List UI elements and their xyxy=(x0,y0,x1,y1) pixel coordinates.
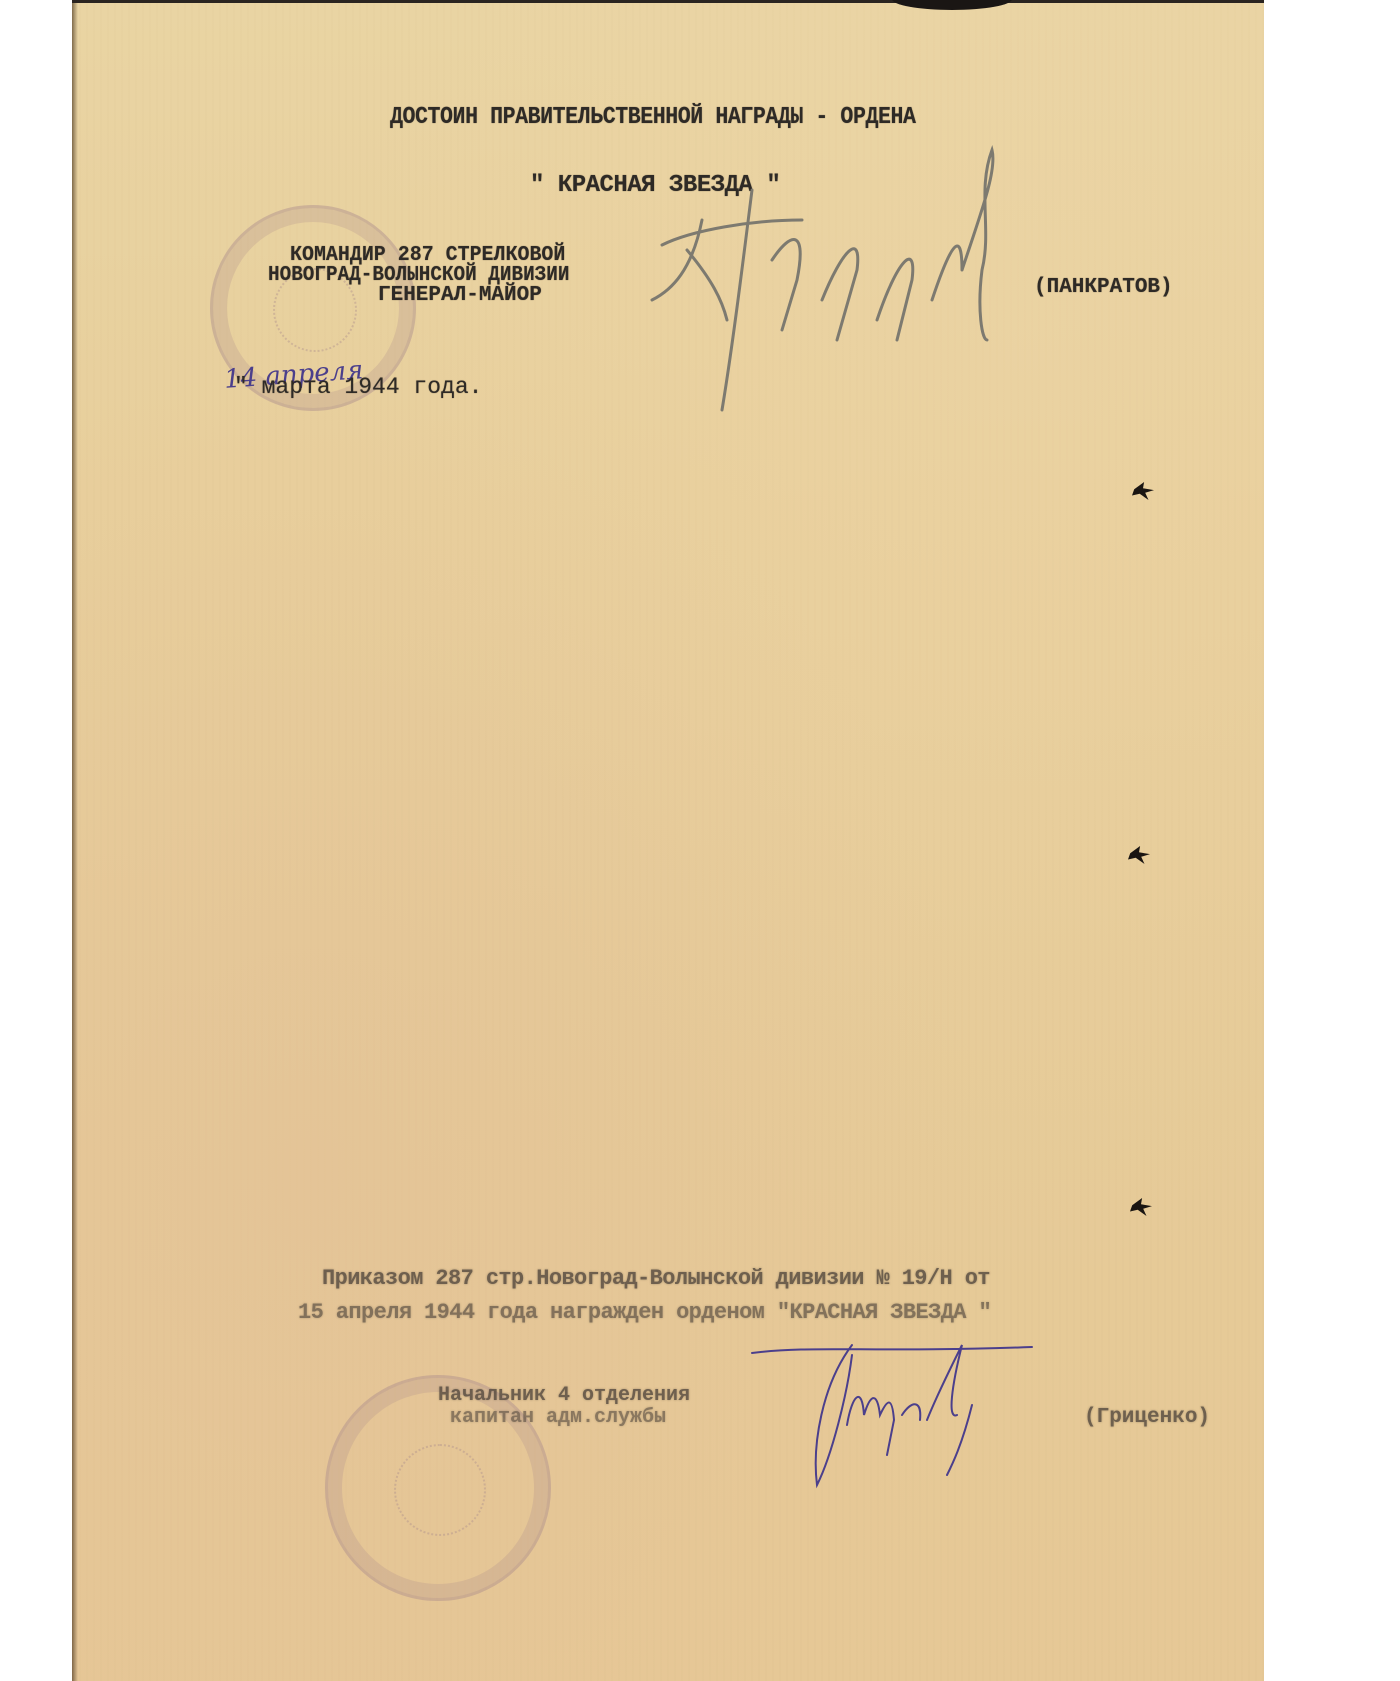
typed-date: " марта 1944 года. xyxy=(234,374,482,400)
punch-hole-2 xyxy=(1128,846,1150,864)
page-top-edge xyxy=(72,0,1264,3)
punch-hole-1 xyxy=(1132,482,1154,500)
commander-line3: ГЕНЕРАЛ-МАЙОР xyxy=(378,286,542,306)
award-header-line1: ДОСТОИН ПРАВИТЕЛЬСТВЕННОЙ НАГРАДЫ - ОРДЕ… xyxy=(390,104,916,131)
order-line2: 15 апреля 1944 года награжден орденом "К… xyxy=(298,1300,991,1325)
stamp-emblem-icon xyxy=(394,1444,486,1536)
commander-line1: КОМАНДИР 287 СТРЕЛКОВОЙ xyxy=(290,246,565,266)
document-page: ДОСТОИН ПРАВИТЕЛЬСТВЕННОЙ НАГРАДЫ - ОРДЕ… xyxy=(72,0,1264,1681)
commander-signature xyxy=(632,150,1112,460)
footer-signature xyxy=(752,1325,1112,1525)
order-line1: Приказом 287 стр.Новоград-Волынской диви… xyxy=(322,1266,990,1291)
commander-line2: НОВОГРАД-ВОЛЫНСКОЙ ДИВИЗИИ xyxy=(268,266,569,286)
footer-title-line2: капитан адм.службы xyxy=(450,1406,666,1429)
punch-hole-3 xyxy=(1130,1198,1152,1216)
footer-title-line1: Начальник 4 отделения xyxy=(438,1384,690,1407)
binding-clip xyxy=(892,0,1012,10)
page-edge-shadow xyxy=(72,0,78,1681)
